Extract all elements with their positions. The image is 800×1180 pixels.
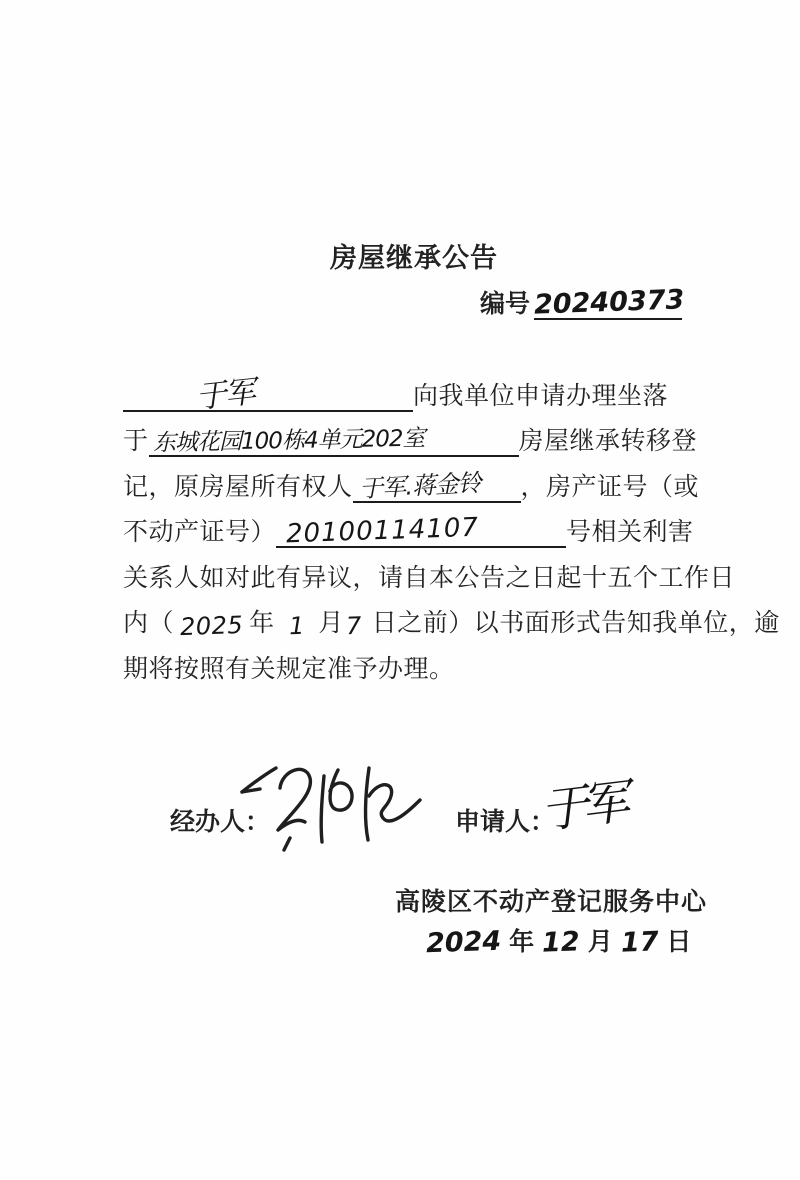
- notice-number-label: 编号: [480, 284, 530, 320]
- notice-number-underline: 20240373: [534, 284, 682, 320]
- body-line-4-suffix: 号相关利害: [566, 512, 694, 548]
- body-line-2: 于 东城花园100栋4单元202室 房屋继承转移登: [123, 412, 709, 458]
- signature-section: 经办人： 申请人： 于军: [0, 750, 800, 860]
- page-title: 房屋继承公告: [330, 236, 498, 275]
- body-line-1: 于军 向我单位申请办理坐落: [123, 366, 709, 412]
- body-line-3-prefix: 记，原房屋所有权人: [123, 467, 353, 503]
- notice-number-row: 编号 20240373: [480, 284, 682, 320]
- applicant-name-underline: 于军: [123, 372, 413, 412]
- applicant-name-handwritten: 于军: [193, 366, 255, 417]
- body-line-3-suffix: ，房产证号（或: [521, 467, 700, 503]
- notice-document: 房屋继承公告 编号 20240373 于军 向我单位申请办理坐落 于 东城花园1…: [0, 0, 800, 1180]
- deadline-day-handwritten: 7: [345, 612, 362, 641]
- deadline-month-handwritten: 1: [288, 612, 305, 641]
- issue-year-handwritten: 2024: [425, 926, 501, 960]
- applicant-signature-handwritten: 于军: [536, 763, 626, 841]
- original-owners-underline: 于军.蒋金铃: [353, 463, 521, 503]
- body-line-7-text: 期将按照有关规定准予办理。: [123, 649, 455, 685]
- body-line-5: 关系人如对此有异议，请自本公告之日起十五个工作日: [123, 548, 709, 594]
- certificate-number-handwritten: 20100114107: [286, 513, 480, 550]
- certificate-number-underline: 20100114107: [276, 508, 566, 548]
- property-address-underline: 东城花园100栋4单元202室: [149, 417, 519, 457]
- body-line-4: 不动产证号） 20100114107 号相关利害: [123, 503, 709, 549]
- body-line-4-prefix: 不动产证号）: [123, 512, 276, 548]
- body-line-7: 期将按照有关规定准予办理。: [123, 639, 709, 685]
- organization-name: 高陵区不动产登记服务中心: [395, 882, 707, 918]
- issue-month-label: 月: [588, 922, 613, 958]
- year-label: 年: [249, 603, 275, 639]
- month-label: 月: [318, 603, 344, 639]
- body-line-6: 内（2025年1月7日之前）以书面形式告知我单位，逾: [123, 594, 709, 640]
- body-line-5-text: 关系人如对此有异议，请自本公告之日起十五个工作日: [123, 558, 735, 594]
- body-line-2-prefix: 于: [123, 421, 149, 457]
- issue-date: 2024 年 12 月 17 日: [418, 922, 691, 958]
- property-address-handwritten: 东城花园100栋4单元202室: [152, 420, 424, 458]
- issue-year-label: 年: [509, 922, 534, 958]
- issue-day-label: 日: [666, 922, 691, 958]
- body-line-3: 记，原房屋所有权人 于军.蒋金铃 ，房产证号（或: [123, 457, 709, 503]
- body-line-6-prefix: 内（: [123, 603, 174, 639]
- body-line-2-suffix: 房屋继承转移登: [519, 421, 698, 457]
- deadline-year-handwritten: 2025: [180, 611, 244, 641]
- handler-signature-scrawl-icon: [232, 752, 432, 857]
- body-line-6-suffix: 日之前）以书面形式告知我单位，逾: [372, 603, 780, 639]
- original-owners-handwritten: 于军.蒋金铃: [358, 462, 481, 503]
- issue-day-handwritten: 17: [620, 926, 659, 958]
- issue-month-handwritten: 12: [542, 926, 581, 958]
- notice-number-value-handwritten: 20240373: [534, 284, 685, 320]
- body-line-1-text: 向我单位申请办理坐落: [413, 376, 668, 412]
- notice-body: 于军 向我单位申请办理坐落 于 东城花园100栋4单元202室 房屋继承转移登 …: [123, 366, 709, 685]
